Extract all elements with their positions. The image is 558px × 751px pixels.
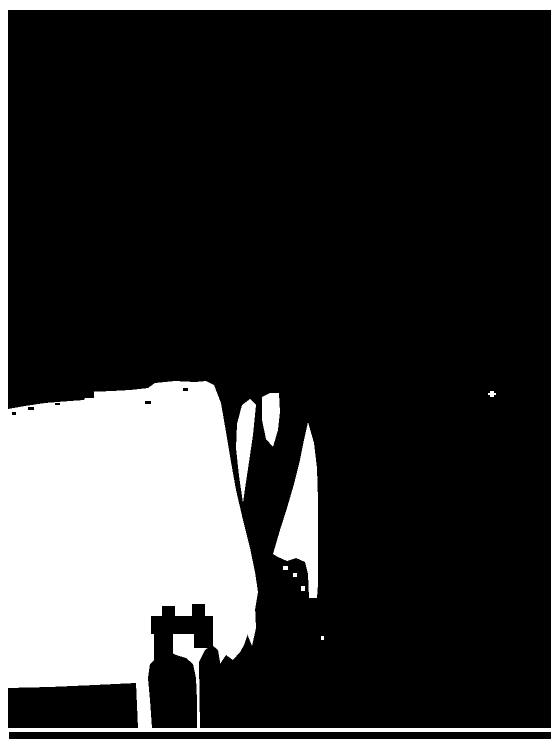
sky-gap-fleck-3	[301, 586, 305, 591]
bottle-silhouette	[199, 645, 220, 728]
shape-layer	[8, 10, 551, 739]
bottom-bar	[9, 732, 551, 739]
sky-gap-fleck-2	[293, 573, 297, 577]
canopy-fringe-speck-3	[145, 401, 151, 404]
canopy-fringe-speck-2	[55, 403, 60, 405]
canopy-fringe-speck-4	[183, 388, 188, 391]
tap-pillar-right	[194, 634, 213, 648]
tap-crossbar	[151, 616, 213, 634]
tap-knob-left	[162, 606, 175, 616]
tap-body	[148, 650, 197, 728]
ground-shadow-band	[8, 683, 138, 728]
tap-knob-right	[192, 604, 205, 616]
canopy-fringe-blob	[84, 390, 94, 398]
sky-gap-fleck-1	[283, 566, 288, 570]
highlight-dot-2	[488, 393, 496, 395]
binarized-photo-figure	[0, 0, 558, 751]
canopy-fringe-speck-1	[28, 407, 34, 410]
canopy-fringe-speck-5	[12, 412, 16, 415]
binarized-photo-canvas	[0, 0, 558, 751]
trunk-fleck-1	[321, 636, 324, 640]
